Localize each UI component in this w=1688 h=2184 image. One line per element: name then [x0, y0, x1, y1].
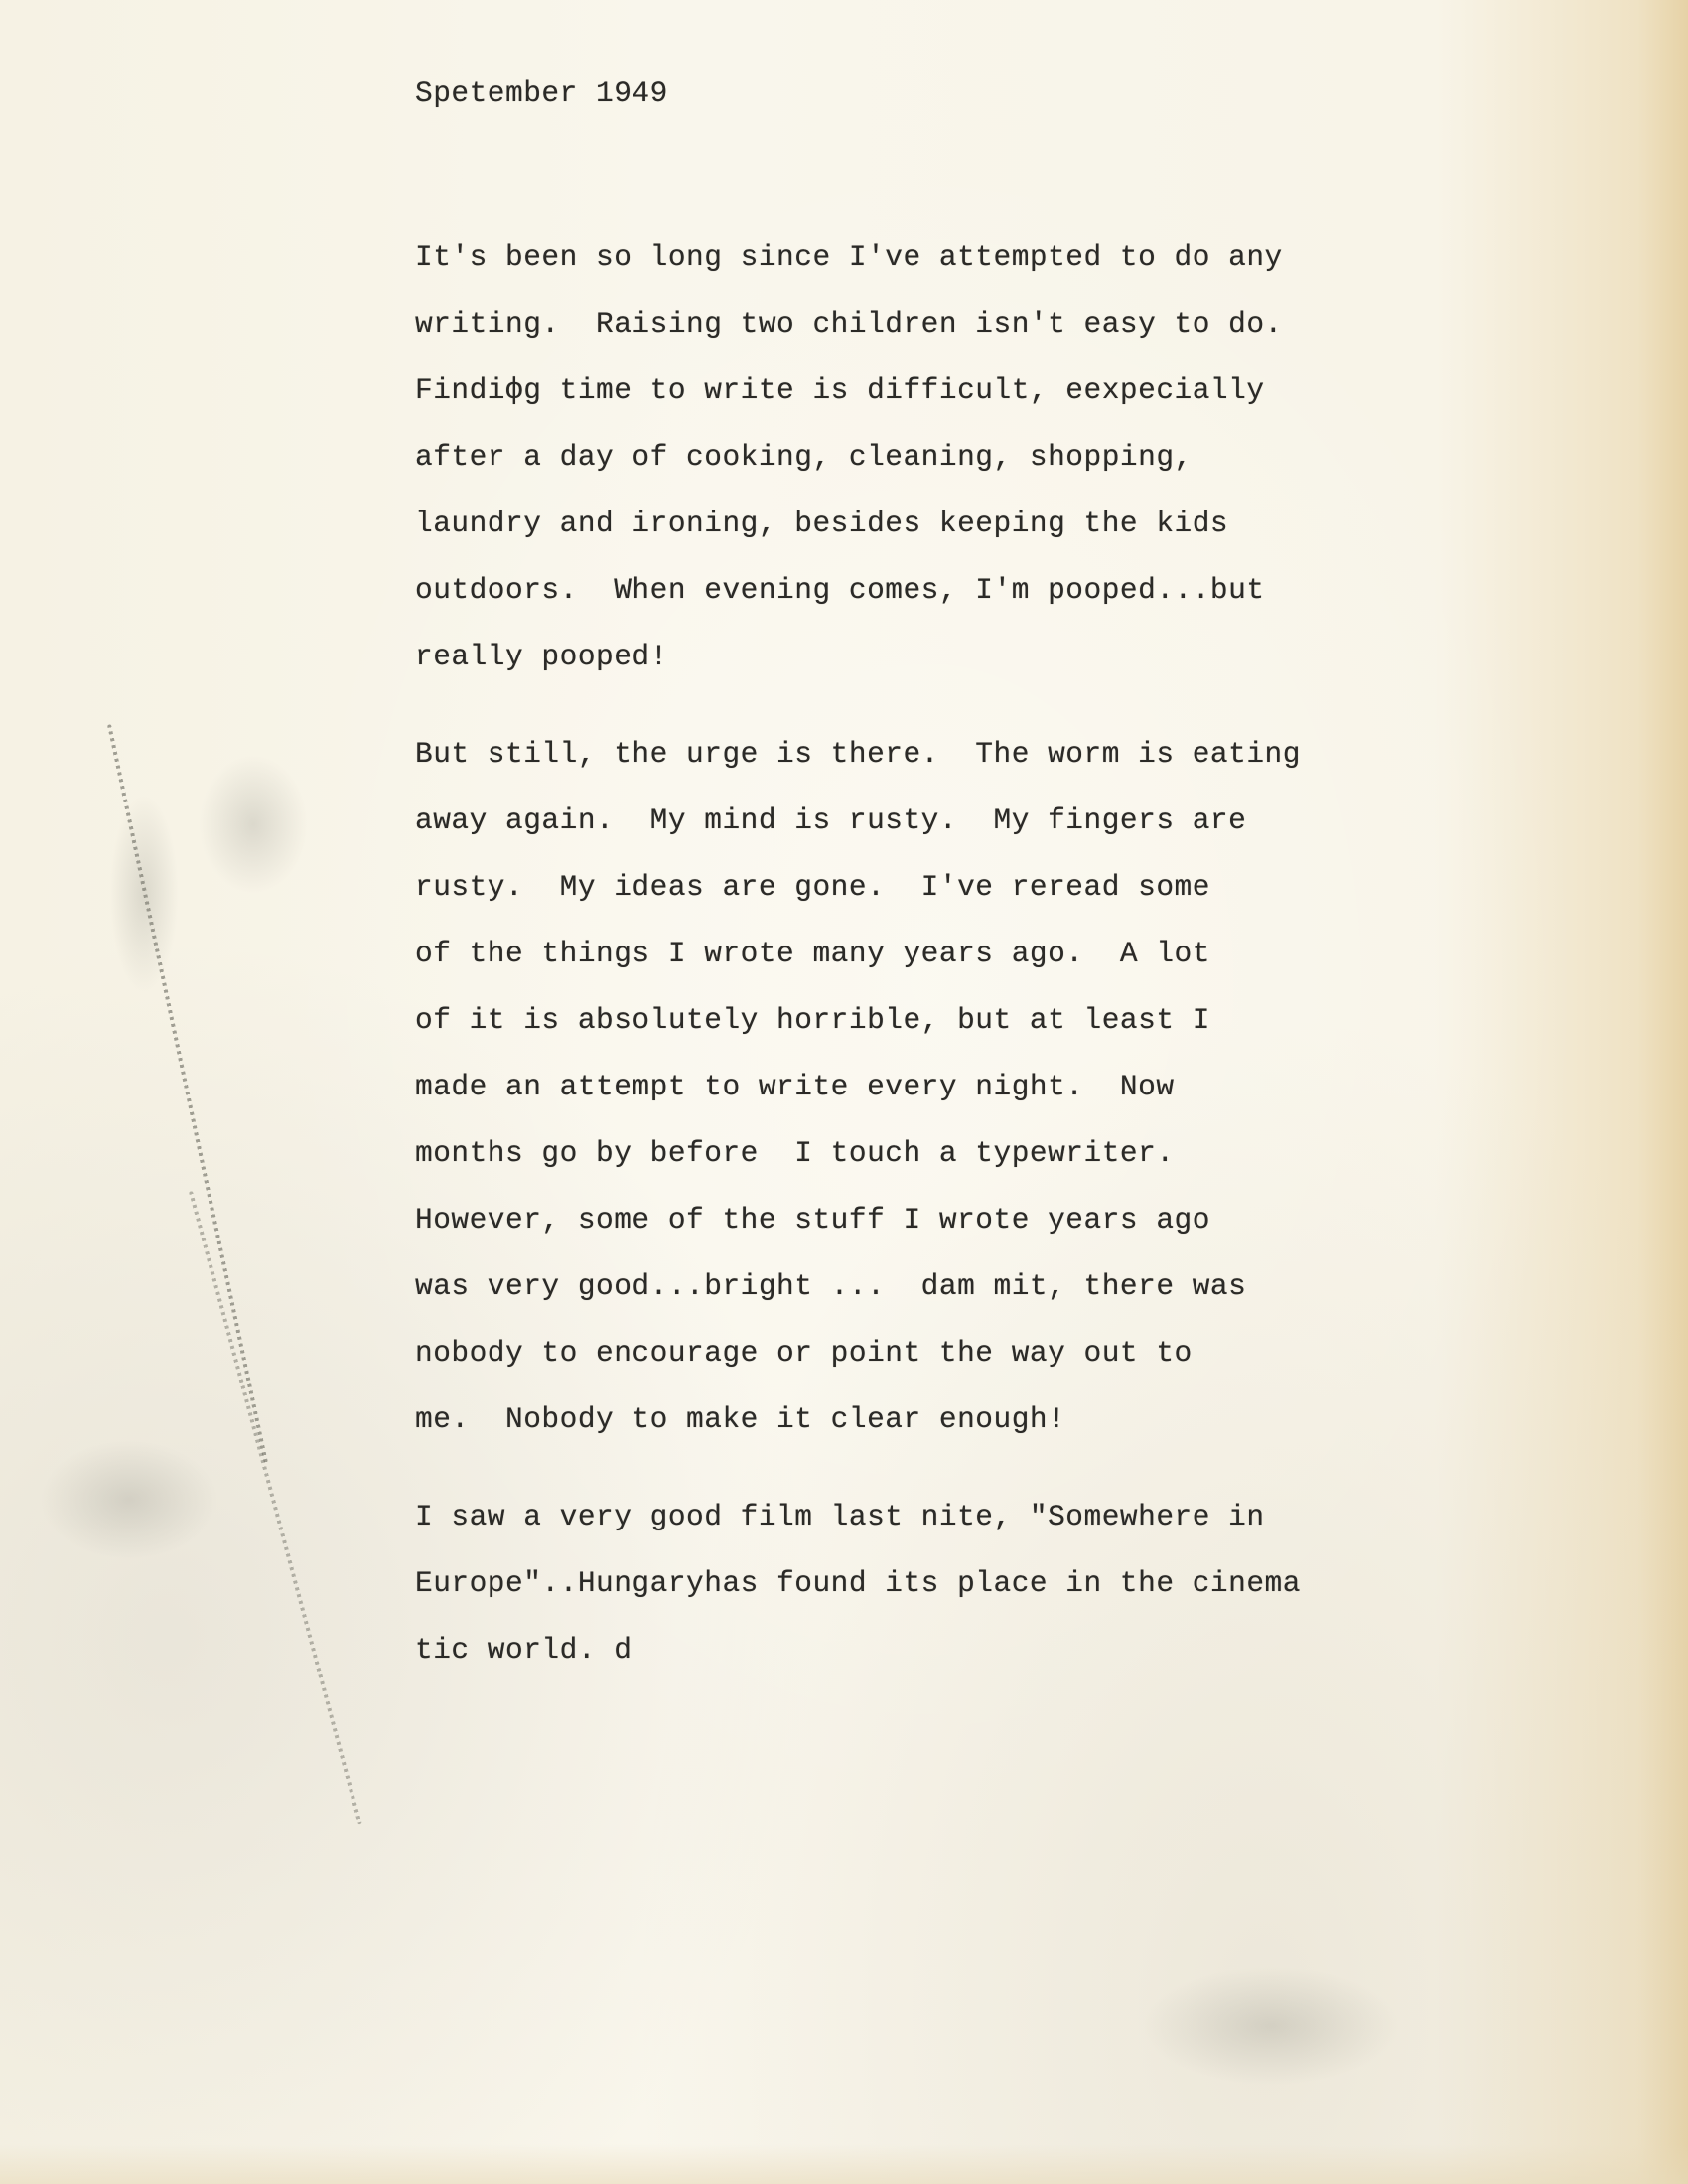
text-line: tic world. d [415, 1632, 632, 1668]
text-line: really pooped! [415, 639, 668, 674]
text-line: of it is absolutely horrible, but at lea… [415, 1002, 1210, 1038]
text-line: I saw a very good film last nite, "Somew… [415, 1499, 1265, 1534]
smudge-mark [40, 1440, 218, 1559]
text-line: Findiфg time to write is difficult, eexp… [415, 372, 1265, 408]
smudge-mark [1142, 1966, 1400, 2086]
text-line: However, some of the stuff I wrote years… [415, 1202, 1210, 1238]
date-heading: Spetember 1949 [415, 75, 668, 111]
text-line: after a day of cooking, cleaning, shoppi… [415, 439, 1193, 475]
text-line: away again. My mind is rusty. My fingers… [415, 802, 1246, 838]
paper-edge-stain [0, 2144, 1688, 2184]
text-line: Europe"..Hungaryhas found its place in t… [415, 1565, 1301, 1601]
text-line: was very good...bright ... dam mit, ther… [415, 1268, 1246, 1304]
text-line: me. Nobody to make it clear enough! [415, 1401, 1065, 1437]
smudge-mark [199, 755, 308, 894]
text-line: outdoors. When evening comes, I'm pooped… [415, 572, 1265, 608]
text-line: laundry and ironing, besides keeping the… [415, 506, 1228, 541]
text-line: of the things I wrote many years ago. A … [415, 936, 1210, 971]
text-line: rusty. My ideas are gone. I've reread so… [415, 869, 1210, 905]
smudge-mark [109, 795, 179, 993]
text-line: months go by before I touch a typewriter… [415, 1135, 1175, 1171]
text-line: It's been so long since I've attempted t… [415, 239, 1283, 275]
text-line: writing. Raising two children isn't easy… [415, 306, 1283, 342]
text-line: made an attempt to write every night. No… [415, 1069, 1175, 1104]
text-line: nobody to encourage or point the way out… [415, 1335, 1193, 1371]
text-line: But still, the urge is there. The worm i… [415, 736, 1301, 772]
